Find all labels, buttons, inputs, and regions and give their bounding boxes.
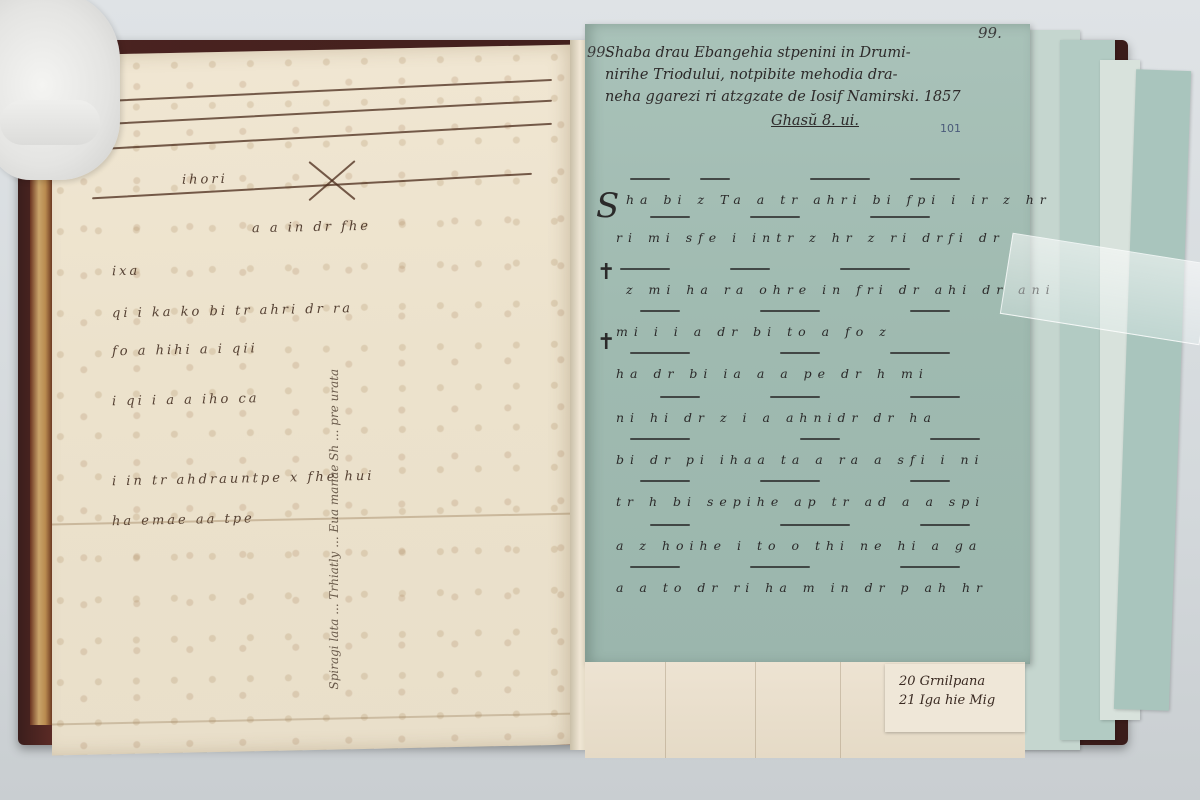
page-number: 99.: [587, 42, 610, 64]
neume-row: a z hoihe i to o thi ne hi a ga: [610, 524, 1020, 564]
neume-row: ha dr bi ia a a pe dr h mi: [610, 352, 1020, 392]
manuscript-photo: ihori a a in dr fhe ixa qi i ka ko bi tr…: [0, 0, 1200, 800]
syllables: z mi ha ra ohre in fri dr ahi dr ani: [626, 282, 1056, 297]
syllables: mi i i a dr bi to a fo z: [616, 324, 892, 339]
slip-line: 20 Grnilpana: [899, 674, 1025, 689]
chant-heading: 99. Shaba drau Ebangehia stpenini in Dru…: [605, 42, 1025, 132]
syllables: ha bi z Ta a tr ahri bi fpi i ir z hr: [626, 192, 1052, 207]
page-fold: [52, 713, 577, 726]
slip-line: 21 Iga hie Mig: [899, 693, 1025, 708]
neume-row: ni hi dr z i a ahnidr dr ha: [610, 396, 1020, 436]
left-syllables: ihori: [182, 172, 228, 188]
left-syllables: i qi i a a iho ca: [112, 391, 259, 409]
neume-row: ha bi z Ta a tr ahri bi fpi i ir z hr: [610, 178, 1020, 218]
glove-finger: [0, 100, 100, 145]
neume-row: bi dr pi ihaa ta a ra a sfi i ni: [610, 438, 1020, 478]
folio-number: 99.: [978, 24, 1002, 42]
syllables: ni hi dr z i a ahnidr dr ha: [616, 410, 937, 425]
neume-line: [92, 79, 552, 103]
heading-line: neha ggarezi ri atzgzate de Iosif Namirs…: [605, 86, 1025, 108]
neume-row: ri mi sfe i intr z hr z ri drfi dr: [610, 216, 1020, 256]
neume-line: [82, 100, 552, 127]
heading-line: Shaba drau Ebangehia stpenini in Drumi-: [605, 42, 1025, 64]
tone-subtitle: Ghasŭ 8. ui.: [605, 110, 1025, 132]
neume-row: z mi ha ra ohre in fri dr ahi dr ani: [610, 268, 1020, 308]
syllables: a z hoihe i to o thi ne hi a ga: [616, 538, 982, 553]
heading-line: nirihe Triodului, notpibite mehodia dra-: [605, 64, 1025, 86]
left-page: ihori a a in dr fhe ixa qi i ka ko bi tr…: [52, 45, 577, 756]
syllables: a a to dr ri ha m in dr p ah hr: [616, 580, 988, 595]
pencil-number: 101: [940, 122, 961, 135]
syllables: ha dr bi ia a a pe dr h mi: [616, 366, 929, 381]
neume-row: tr h bi sepihe ap tr ad a a spi: [610, 480, 1020, 520]
left-syllables: qi i ka ko bi tr ahri dr ra: [112, 301, 353, 321]
neume-row: a a to dr ri ha m in dr p ah hr: [610, 566, 1020, 606]
left-syllables: a a in dr fhe: [252, 219, 371, 236]
syllables: bi dr pi ihaa ta a ra a sfi i ni: [616, 452, 985, 467]
left-syllables: fo a hihi a i qii: [112, 341, 258, 359]
syllables: tr h bi sepihe ap tr ad a a spi: [616, 494, 985, 509]
neume-row: mi i i a dr bi to a fo z: [610, 310, 1020, 350]
syllables: ri mi sfe i intr z hr z ri drfi dr: [616, 230, 1005, 245]
gloved-hand: [0, 0, 120, 180]
binding-edge: [30, 180, 52, 725]
paper-slip: 20 Grnilpana 21 Iga hie Mig: [885, 664, 1025, 732]
left-syllables: ixa: [112, 264, 140, 280]
margin-note: Spiragi lata ... Trhiatly ... Eua manae …: [327, 369, 341, 690]
neume-line: [82, 123, 552, 151]
